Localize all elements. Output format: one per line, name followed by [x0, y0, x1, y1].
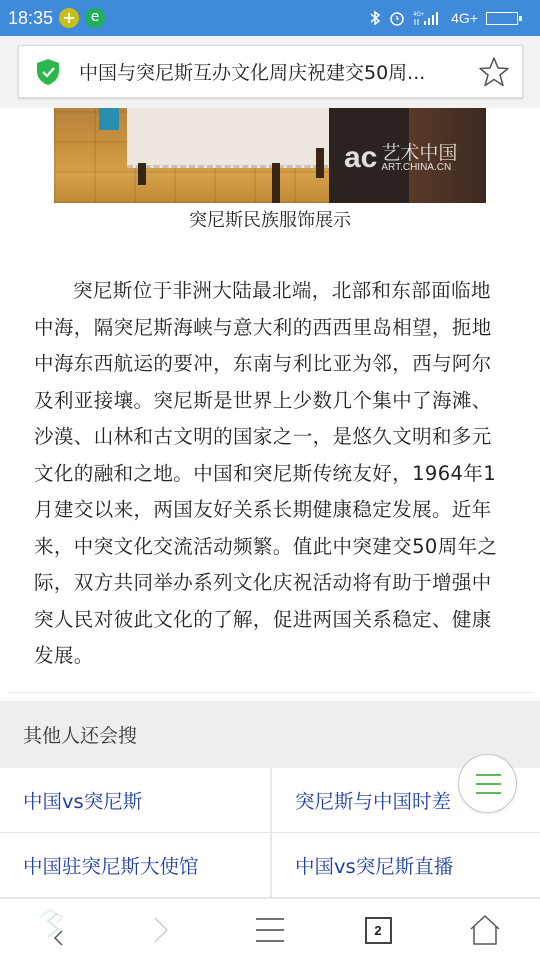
address-bar[interactable]: 中国与突尼斯互办文化周庆祝建交50周...: [18, 45, 523, 98]
image-caption: 突尼斯民族服饰展示: [0, 206, 540, 232]
status-bar: 18:35 + e 4G+ 4G+: [0, 0, 540, 36]
browser-toolbar: 中国与突尼斯互办文化周庆祝建交50周...: [0, 36, 540, 108]
related-searches-title: 其他人还会搜: [23, 721, 137, 748]
article-paragraph: 突尼斯位于非洲大陆最北端，北部和东部面临地中海，隔突尼斯海峡与意大利的西西里岛相…: [34, 273, 506, 675]
art-china-logo-icon: ac: [344, 141, 377, 175]
related-search-link[interactable]: 中国vs突尼斯: [0, 768, 270, 832]
home-icon: [469, 914, 501, 946]
star-icon[interactable]: [478, 56, 510, 88]
page-title[interactable]: 中国与突尼斯互办文化周庆祝建交50周...: [79, 58, 464, 85]
related-search-link[interactable]: 中国驻突尼斯大使馆: [0, 833, 270, 897]
related-search-link[interactable]: 中国vs突尼斯直播: [270, 833, 540, 897]
tab-count: 2: [365, 917, 392, 944]
battery-charging-icon: [486, 12, 518, 25]
signal-icon: 4G+: [413, 10, 443, 26]
back-arrow-icon: [20, 905, 90, 955]
svg-text:4G+: 4G+: [413, 12, 425, 18]
menu-icon: [254, 916, 286, 944]
network-type: 4G+: [451, 10, 478, 26]
tabs-button[interactable]: 2: [348, 899, 408, 960]
shield-check-icon: [35, 58, 61, 86]
bluetooth-icon: [369, 10, 381, 26]
alarm-icon: [389, 10, 405, 26]
article-image: ac 艺术中国 ART.CHINA.CN: [54, 108, 486, 203]
forward-button[interactable]: [130, 899, 190, 960]
status-time: 18:35: [8, 8, 53, 29]
back-button[interactable]: [20, 899, 90, 960]
floating-menu-button[interactable]: [458, 754, 517, 813]
divider: [8, 692, 532, 693]
image-watermark: ac 艺术中国 ART.CHINA.CN: [344, 141, 457, 175]
forward-arrow-icon: [145, 910, 175, 950]
menu-button[interactable]: [240, 899, 300, 960]
bottom-nav-bar: 2: [0, 898, 540, 960]
home-button[interactable]: [455, 899, 515, 960]
related-searches-header: 其他人还会搜: [0, 701, 540, 768]
browser-e-icon: e: [85, 8, 105, 28]
plus-app-icon: +: [59, 8, 79, 28]
